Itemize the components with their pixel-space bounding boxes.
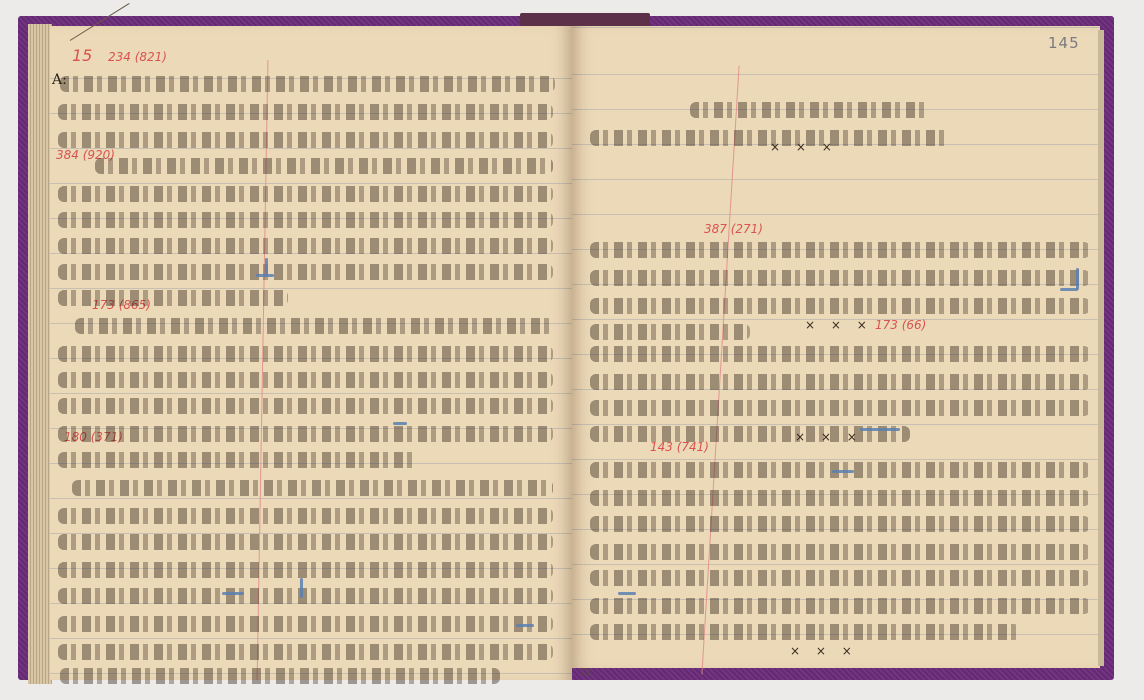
- page-stack-edge-right: [1098, 30, 1104, 666]
- page-stack-edge: [28, 24, 52, 684]
- handwritten-line: handwritten line 14: [58, 426, 553, 442]
- handwritten-line: handwritten line 12: [590, 544, 1090, 560]
- handwritten-line: handwritten line 13: [590, 570, 1090, 586]
- handwritten-line: handwritten line 6: [58, 212, 553, 228]
- handwritten-line-text: handwritten line 17: [58, 506, 553, 519]
- blue-pencil-mark: [300, 578, 303, 598]
- handwritten-line-text: handwritten line 6: [590, 372, 1090, 385]
- handwritten-line: handwritten line 3 … B: …: [58, 132, 553, 148]
- margin-ref: 143 (741): [650, 440, 709, 454]
- footer-number: 72: [580, 668, 591, 678]
- page-number: 145: [1048, 34, 1080, 52]
- handwritten-line: handwritten line 9: [58, 290, 288, 306]
- section-separator: × × ×: [790, 644, 858, 658]
- handwritten-line: handwritten line 4: [95, 158, 553, 174]
- handwritten-line: handwritten line 19: [58, 562, 553, 578]
- handwritten-line: handwritten line 15: [58, 452, 418, 468]
- handwritten-line: handwritten line 7: [590, 400, 1090, 416]
- handwritten-line: handwritten centered line: [690, 102, 930, 118]
- handwritten-line-text: handwritten line 12: [590, 542, 1090, 555]
- handwritten-line: handwritten line 20: [58, 588, 553, 604]
- handwritten-line-text: handwritten line 2: [58, 102, 553, 115]
- blue-pencil-mark: [860, 428, 900, 431]
- handwritten-line: handwritten line 13: [58, 398, 553, 414]
- handwritten-line: handwritten line 12: [58, 372, 553, 388]
- handwritten-line: handwritten line 18: [58, 534, 553, 550]
- handwritten-line: handwritten line 11: [590, 516, 1090, 532]
- handwritten-line-text: handwritten line 14: [58, 424, 553, 437]
- handwritten-line-text: handwritten line 15: [58, 450, 418, 463]
- handwritten-line: handwritten line 14: [590, 598, 1090, 614]
- handwritten-line-text: handwritten line 21: [58, 614, 553, 627]
- handwritten-line: handwritten line 1: [60, 76, 555, 92]
- handwritten-line-text: handwritten line 18: [58, 532, 553, 545]
- handwritten-line: handwritten line 1: [590, 242, 1090, 258]
- blue-pencil-mark: [832, 470, 854, 473]
- handwritten-line-text: handwritten line 3 … B: …: [58, 130, 553, 143]
- notebook-spine: [520, 13, 650, 27]
- handwritten-line: handwritten line 7: [58, 238, 553, 254]
- handwritten-line-text: handwritten line 16: [72, 478, 553, 491]
- handwritten-line-text: handwritten line 19: [58, 560, 553, 573]
- blue-pencil-mark: [618, 592, 636, 595]
- handwritten-line-text: handwritten line 5: [58, 184, 553, 197]
- handwritten-line: handwritten line 2: [58, 104, 553, 120]
- handwritten-line-text: handwritten line 13: [58, 396, 553, 409]
- handwritten-line-text: handwritten line 1: [60, 74, 555, 87]
- handwritten-line: handwritten line 21: [58, 616, 553, 632]
- handwritten-line-text: handwritten line 9: [58, 288, 288, 301]
- blue-pencil-mark: [265, 258, 268, 276]
- handwritten-line: handwritten line 5 (struck-through): [590, 346, 1090, 362]
- handwritten-line-text: handwritten line 3: [590, 296, 1090, 309]
- handwritten-line: handwritten line 22: [58, 644, 553, 660]
- handwritten-line: handwritten line 10: [590, 490, 1090, 506]
- blue-pencil-mark: [1060, 288, 1078, 291]
- handwritten-line: handwritten line 2: [590, 270, 1090, 286]
- handwritten-line: handwritten line 6: [590, 374, 1090, 390]
- handwritten-line: handwritten line 15: [590, 624, 1020, 640]
- blue-pencil-mark: [516, 624, 534, 627]
- handwritten-line: handwritten line 11: [58, 346, 553, 362]
- handwritten-line-text: handwritten line 22: [58, 642, 553, 655]
- blue-pencil-mark: [1076, 268, 1079, 290]
- handwritten-line: handwritten line (quotation): [590, 130, 950, 146]
- margin-ref: 173 (66): [875, 318, 926, 332]
- handwritten-line-text: handwritten line 12: [58, 370, 553, 383]
- handwritten-line-text: handwritten line 11: [590, 514, 1090, 527]
- handwritten-line-text: handwritten line 7: [58, 236, 553, 249]
- handwritten-line-text: handwritten line 15: [590, 622, 1020, 635]
- handwritten-line-text: handwritten line 20: [58, 586, 553, 599]
- handwritten-line-text: handwritten line 6: [58, 210, 553, 223]
- blue-pencil-mark: [393, 422, 407, 425]
- handwritten-line-text: handwritten line 2: [590, 268, 1090, 281]
- handwritten-line: handwritten line 16: [72, 480, 553, 496]
- handwritten-line-text: handwritten line 23: [60, 666, 500, 679]
- blue-pencil-mark: [222, 592, 244, 595]
- handwritten-line-text: handwritten line 4: [590, 322, 750, 335]
- handwritten-line-text: handwritten line 10: [75, 316, 553, 329]
- handwritten-line: handwritten line 3: [590, 298, 1090, 314]
- handwritten-line-text: handwritten line 4: [95, 156, 553, 169]
- handwritten-line-text: handwritten line 7: [590, 398, 1090, 411]
- handwritten-line: handwritten line 10: [75, 318, 553, 334]
- handwritten-line-text: handwritten line 8: [58, 262, 553, 275]
- handwritten-line-text: handwritten line 14: [590, 596, 1090, 609]
- handwritten-line-text: handwritten line 11: [58, 344, 553, 357]
- handwritten-line: handwritten line 5: [58, 186, 553, 202]
- handwritten-line: handwritten line 8: [58, 264, 553, 280]
- handwritten-line-text: handwritten line 1: [590, 240, 1090, 253]
- handwritten-line-text: handwritten line 5 (struck-through): [590, 344, 1090, 357]
- handwritten-line-text: handwritten line 13: [590, 568, 1090, 581]
- handwritten-line-text: handwritten line 10: [590, 488, 1090, 501]
- section-separator: × × ×: [805, 318, 873, 332]
- margin-ref: 387 (271): [704, 222, 763, 236]
- handwritten-line-text: handwritten centered line: [690, 100, 930, 113]
- top-mark: 15: [72, 46, 92, 65]
- handwritten-line: handwritten line 17: [58, 508, 553, 524]
- margin-ref: 234 (821): [108, 50, 167, 64]
- handwritten-line: handwritten line 23: [60, 668, 500, 684]
- handwritten-line: handwritten line 4: [590, 324, 750, 340]
- handwritten-line-text: handwritten line (quotation): [590, 128, 950, 141]
